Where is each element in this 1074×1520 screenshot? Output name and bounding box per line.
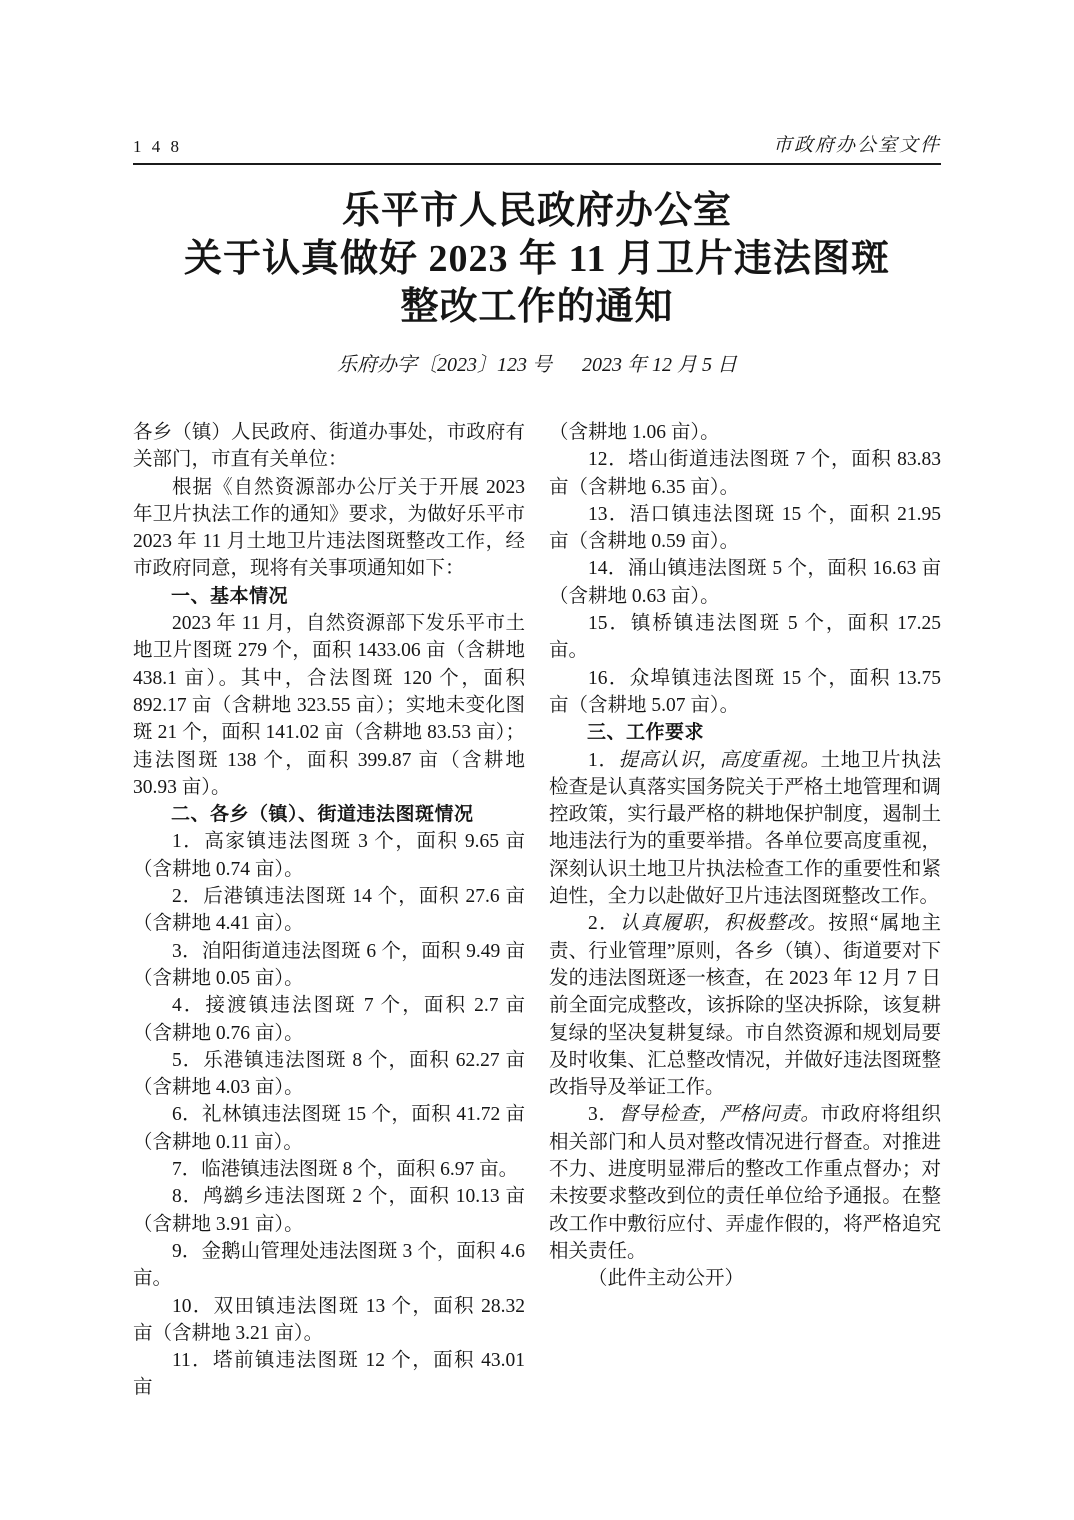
- requirement-2-lead: 认真履职，积极整改。: [620, 913, 828, 934]
- section-1-paragraph: 2023 年 11 月，自然资源部下发乐平市土地卫片图斑 279 个，面积 14…: [133, 610, 525, 801]
- violation-item-16: 16．众埠镇违法图斑 15 个，面积 13.75 亩（含耕地 5.07 亩）。: [549, 665, 941, 720]
- requirement-3-number: 3．: [588, 1104, 619, 1125]
- document-title-line-1: 乐平市人民政府办公室: [133, 187, 941, 235]
- requirement-1-lead: 提高认识，高度重视。: [619, 750, 821, 771]
- docket-line: 乐府办字〔2023〕123 号2023 年 12 月 5 日: [133, 351, 941, 379]
- requirement-1: 1．提高认识，高度重视。土地卫片执法检查是认真落实国务院关于严格土地管理和调控政…: [549, 747, 941, 911]
- violation-item-11-continuation: （含耕地 1.06 亩）。: [549, 419, 941, 446]
- violation-item-5: 5．乐港镇违法图斑 8 个，面积 62.27 亩（含耕地 4.03 亩）。: [133, 1047, 525, 1102]
- requirement-2-text: 按照“属地主责、行业管理”原则，各乡（镇）、街道要对下发的违法图斑逐一核查，在 …: [549, 913, 941, 1098]
- violation-item-15: 15．镇桥镇违法图斑 5 个，面积 17.25 亩。: [549, 610, 941, 665]
- violation-item-14: 14．涌山镇违法图斑 5 个，面积 16.63 亩（含耕地 0.63 亩）。: [549, 555, 941, 610]
- requirement-3: 3．督导检查，严格问责。市政府将组织相关部门和人员对整改情况进行督查。对推进不力…: [549, 1101, 941, 1265]
- requirement-1-number: 1．: [588, 750, 619, 771]
- violation-item-7: 7．临港镇违法图斑 8 个，面积 6.97 亩。: [133, 1156, 525, 1183]
- document-number: 乐府办字〔2023〕123 号: [337, 354, 552, 376]
- right-column: （含耕地 1.06 亩）。 12．塔山街道违法图斑 7 个，面积 83.83 亩…: [549, 419, 941, 1402]
- requirement-2-number: 2．: [588, 913, 620, 934]
- document-title: 乐平市人民政府办公室 关于认真做好 2023 年 11 月卫片违法图斑 整改工作…: [133, 187, 941, 331]
- requirement-1-text: 土地卫片执法检查是认真落实国务院关于严格土地管理和调控政策，实行最严格的耕地保护…: [549, 750, 941, 907]
- left-column: 各乡（镇）人民政府、街道办事处，市政府有关部门，市直有关单位： 根据《自然资源部…: [133, 419, 525, 1402]
- requirement-3-lead: 督导检查，严格问责。: [619, 1104, 821, 1125]
- requirement-2: 2．认真履职，积极整改。按照“属地主责、行业管理”原则，各乡（镇）、街道要对下发…: [549, 910, 941, 1101]
- document-date: 2023 年 12 月 5 日: [582, 354, 737, 376]
- violation-item-9: 9．金鹅山管理处违法图斑 3 个，面积 4.6 亩。: [133, 1238, 525, 1293]
- page-header: 1 4 8 市政府办公室文件: [133, 134, 941, 165]
- violation-item-2: 2．后港镇违法图斑 14 个，面积 27.6 亩（含耕地 4.41 亩）。: [133, 883, 525, 938]
- violation-item-13: 13．浯口镇违法图斑 15 个，面积 21.95 亩（含耕地 0.59 亩）。: [549, 501, 941, 556]
- violation-item-12: 12．塔山街道违法图斑 7 个，面积 83.83 亩（含耕地 6.35 亩）。: [549, 446, 941, 501]
- document-body: 各乡（镇）人民政府、街道办事处，市政府有关部门，市直有关单位： 根据《自然资源部…: [133, 419, 941, 1402]
- violation-item-1: 1．高家镇违法图斑 3 个，面积 9.65 亩（含耕地 0.74 亩）。: [133, 828, 525, 883]
- document-title-line-2: 关于认真做好 2023 年 11 月卫片违法图斑: [133, 235, 941, 283]
- violation-item-6: 6．礼林镇违法图斑 15 个，面积 41.72 亩（含耕地 0.11 亩）。: [133, 1101, 525, 1156]
- section-3-heading: 三、工作要求: [549, 719, 941, 746]
- violation-item-4: 4．接渡镇违法图斑 7 个，面积 2.7 亩（含耕地 0.76 亩）。: [133, 992, 525, 1047]
- header-label: 市政府办公室文件: [773, 134, 941, 158]
- violation-item-11: 11．塔前镇违法图斑 12 个，面积 43.01 亩: [133, 1347, 525, 1402]
- violation-item-3: 3．洎阳街道违法图斑 6 个，面积 9.49 亩（含耕地 0.05 亩）。: [133, 938, 525, 993]
- document-title-line-3: 整改工作的通知: [133, 283, 941, 331]
- document-page: 1 4 8 市政府办公室文件 乐平市人民政府办公室 关于认真做好 2023 年 …: [0, 0, 1074, 1520]
- intro-paragraph: 根据《自然资源部办公厅关于开展 2023 年卫片执法工作的通知》要求，为做好乐平…: [133, 474, 525, 583]
- violation-item-10: 10．双田镇违法图斑 13 个，面积 28.32 亩（含耕地 3.21 亩）。: [133, 1293, 525, 1348]
- section-2-heading: 二、各乡（镇）、街道违法图斑情况: [133, 801, 525, 828]
- section-1-heading: 一、基本情况: [133, 583, 525, 610]
- disclosure-note: （此件主动公开）: [549, 1265, 941, 1292]
- page-number: 1 4 8: [133, 136, 182, 158]
- salutation: 各乡（镇）人民政府、街道办事处，市政府有关部门，市直有关单位：: [133, 419, 525, 474]
- violation-item-8: 8．鸬鹚乡违法图斑 2 个，面积 10.13 亩（含耕地 3.91 亩）。: [133, 1183, 525, 1238]
- requirement-3-text: 市政府将组织相关部门和人员对整改情况进行督查。对推进不力、进度明显滞后的整改工作…: [549, 1104, 941, 1261]
